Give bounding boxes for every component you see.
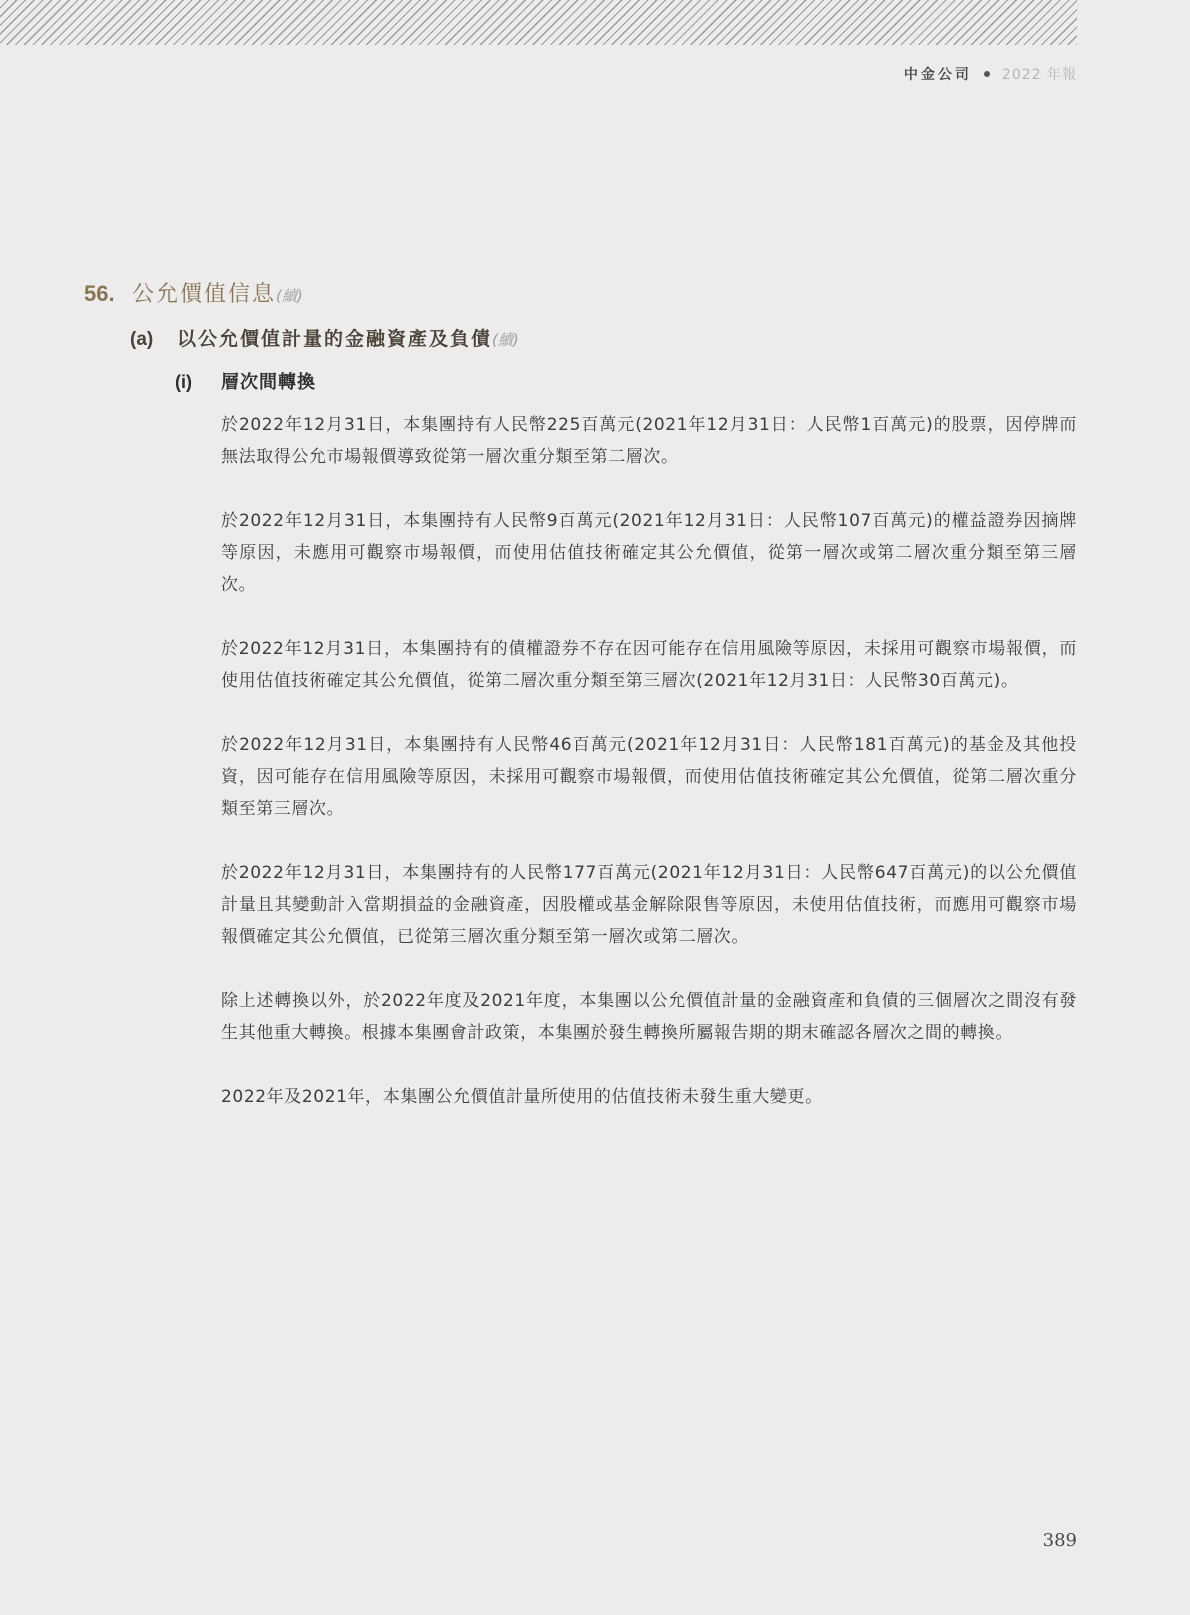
paragraph: 除上述轉換以外，於2022年度及2021年度，本集團以公允價值計量的金融資產和負… [221, 985, 1077, 1049]
subsection-heading: (a) 以公允價值計量的金融資產及負債 (續) [130, 324, 519, 351]
decorative-hatch-band [0, 0, 1077, 45]
paragraph: 於2022年12月31日，本集團持有的債權證券不存在因可能存在信用風險等原因，未… [221, 633, 1077, 697]
company-name: 中金公司 [904, 64, 972, 84]
continued-label: (續) [276, 285, 303, 306]
page-number: 389 [1043, 1530, 1077, 1551]
subsection-title: 以公允價值計量的金融資產及負債 [177, 324, 492, 351]
paragraph: 2022年及2021年，本集團公允價值計量所使用的估值技術未發生重大變更。 [221, 1081, 1077, 1113]
report-title: 2022 年報 [1002, 64, 1077, 84]
subsubsection-title: 層次間轉換 [221, 368, 316, 394]
paragraph: 於2022年12月31日，本集團持有人民幣46百萬元(2021年12月31日：人… [221, 729, 1077, 825]
section-number: 56. [84, 281, 132, 307]
bullet-separator-icon [984, 71, 990, 77]
subsubsection-number: (i) [175, 372, 221, 393]
subsection-number: (a) [130, 329, 177, 351]
body-text: 於2022年12月31日，本集團持有人民幣225百萬元(2021年12月31日：… [221, 409, 1077, 1145]
running-header: 中金公司 2022 年報 [904, 64, 1077, 84]
subsubsection-heading: (i) 層次間轉換 [175, 368, 316, 394]
paragraph: 於2022年12月31日，本集團持有的人民幣177百萬元(2021年12月31日… [221, 857, 1077, 953]
continued-label: (續) [492, 329, 519, 350]
paragraph: 於2022年12月31日，本集團持有人民幣225百萬元(2021年12月31日：… [221, 409, 1077, 473]
section-title: 公允價值信息 [132, 277, 276, 308]
paragraph: 於2022年12月31日，本集團持有人民幣9百萬元(2021年12月31日：人民… [221, 505, 1077, 601]
section-heading: 56. 公允價值信息 (續) [84, 277, 303, 308]
